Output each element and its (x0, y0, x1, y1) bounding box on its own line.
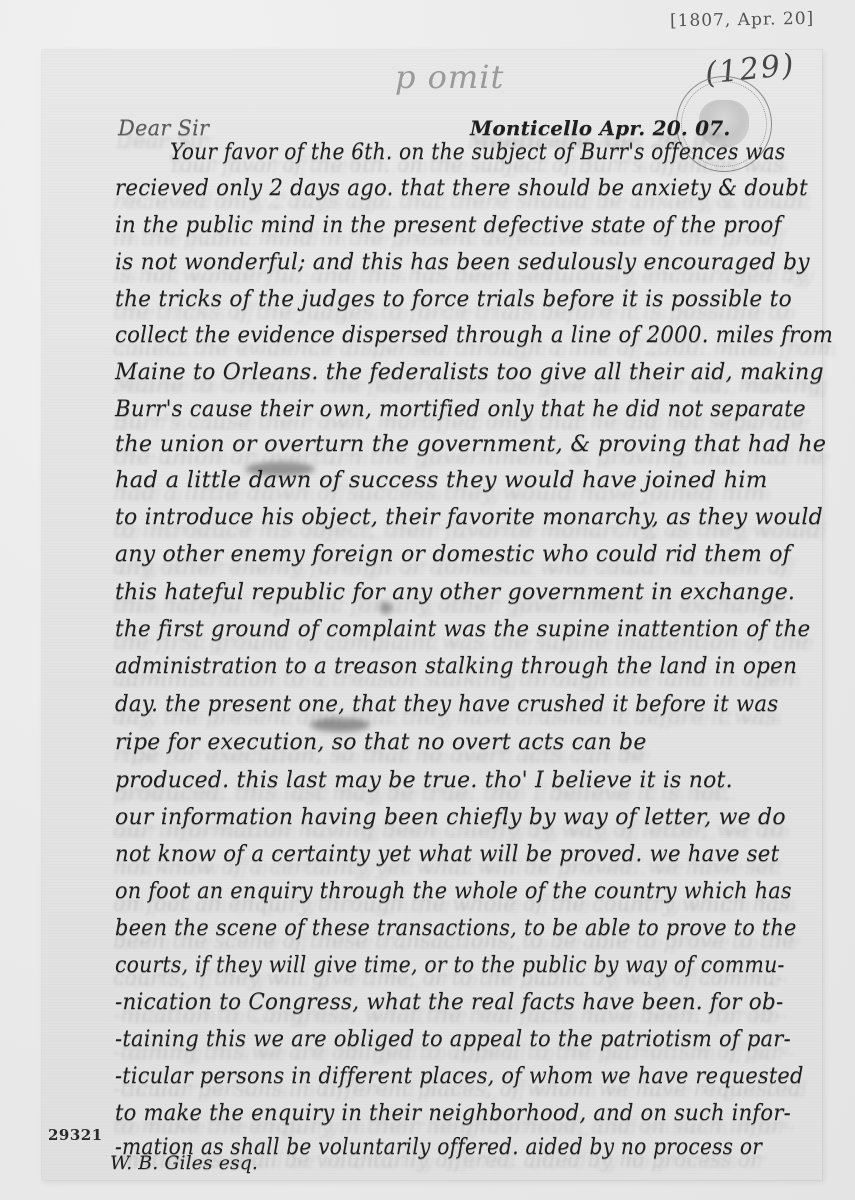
letter-line: this hateful republic for any other gove… (115, 580, 795, 605)
omit-annotation: p omit (395, 58, 504, 96)
letter-line: day. the present one, that they have cru… (115, 692, 778, 717)
letter-line: is not wonderful; and this has been sedu… (115, 250, 810, 275)
salutation: Dear Sir (118, 116, 209, 140)
letter-line: any other enemy foreign or domestic who … (115, 542, 791, 567)
addressee: W. B. Giles esq. (110, 1152, 258, 1174)
letter-line: ripe for execution, so that no overt act… (115, 730, 647, 755)
letter-line: Maine to Orleans. the federalists too gi… (115, 360, 824, 385)
letter-line: to introduce his object, their favorite … (115, 505, 823, 530)
ink-blot (380, 602, 392, 614)
letter-line: had a little dawn of success they would … (115, 468, 768, 493)
dateline: Monticello Apr. 20. 07. (470, 116, 731, 140)
letter-line: -ticular persons in different places, of… (115, 1064, 804, 1089)
letter-line: our information having been chiefly by w… (115, 805, 786, 830)
letter-line: to make the enquiry in their neighborhoo… (115, 1101, 791, 1126)
letter-line: -nication to Congress, what the real fac… (115, 990, 783, 1015)
letter-line: produced. this last may be true. tho' I … (115, 768, 733, 793)
catalog-number: 29321 (48, 1126, 103, 1144)
archive-date-label: [1807, Apr. 20] (670, 9, 815, 32)
ink-smudge (245, 462, 315, 476)
letter-line: -taining this we are obliged to appeal t… (115, 1027, 791, 1052)
letter-line: Your favor of the 6th. on the subject of… (170, 140, 785, 165)
letter-line: administration to a treason stalking thr… (115, 654, 797, 679)
letter-line: been the scene of these transactions, to… (115, 916, 797, 941)
letter-line: not know of a certainty yet what will be… (115, 842, 779, 867)
letter-line: Burr's cause their own, mortified only t… (115, 397, 806, 422)
letter-line: the tricks of the judges to force trials… (115, 287, 792, 312)
letter-line: courts, if they will give time, or to th… (115, 953, 785, 978)
letter-line: on foot an enquiry through the whole of … (115, 879, 792, 904)
ink-smudge (310, 718, 370, 732)
letter-line: the first ground of complaint was the su… (115, 617, 810, 642)
letter-line: the union or overturn the government, & … (115, 432, 826, 457)
letter-line: in the public mind in the present defect… (115, 213, 782, 238)
letter-line: recieved only 2 days ago. that there sho… (115, 176, 808, 201)
letter-line: collect the evidence dispersed through a… (115, 323, 833, 348)
